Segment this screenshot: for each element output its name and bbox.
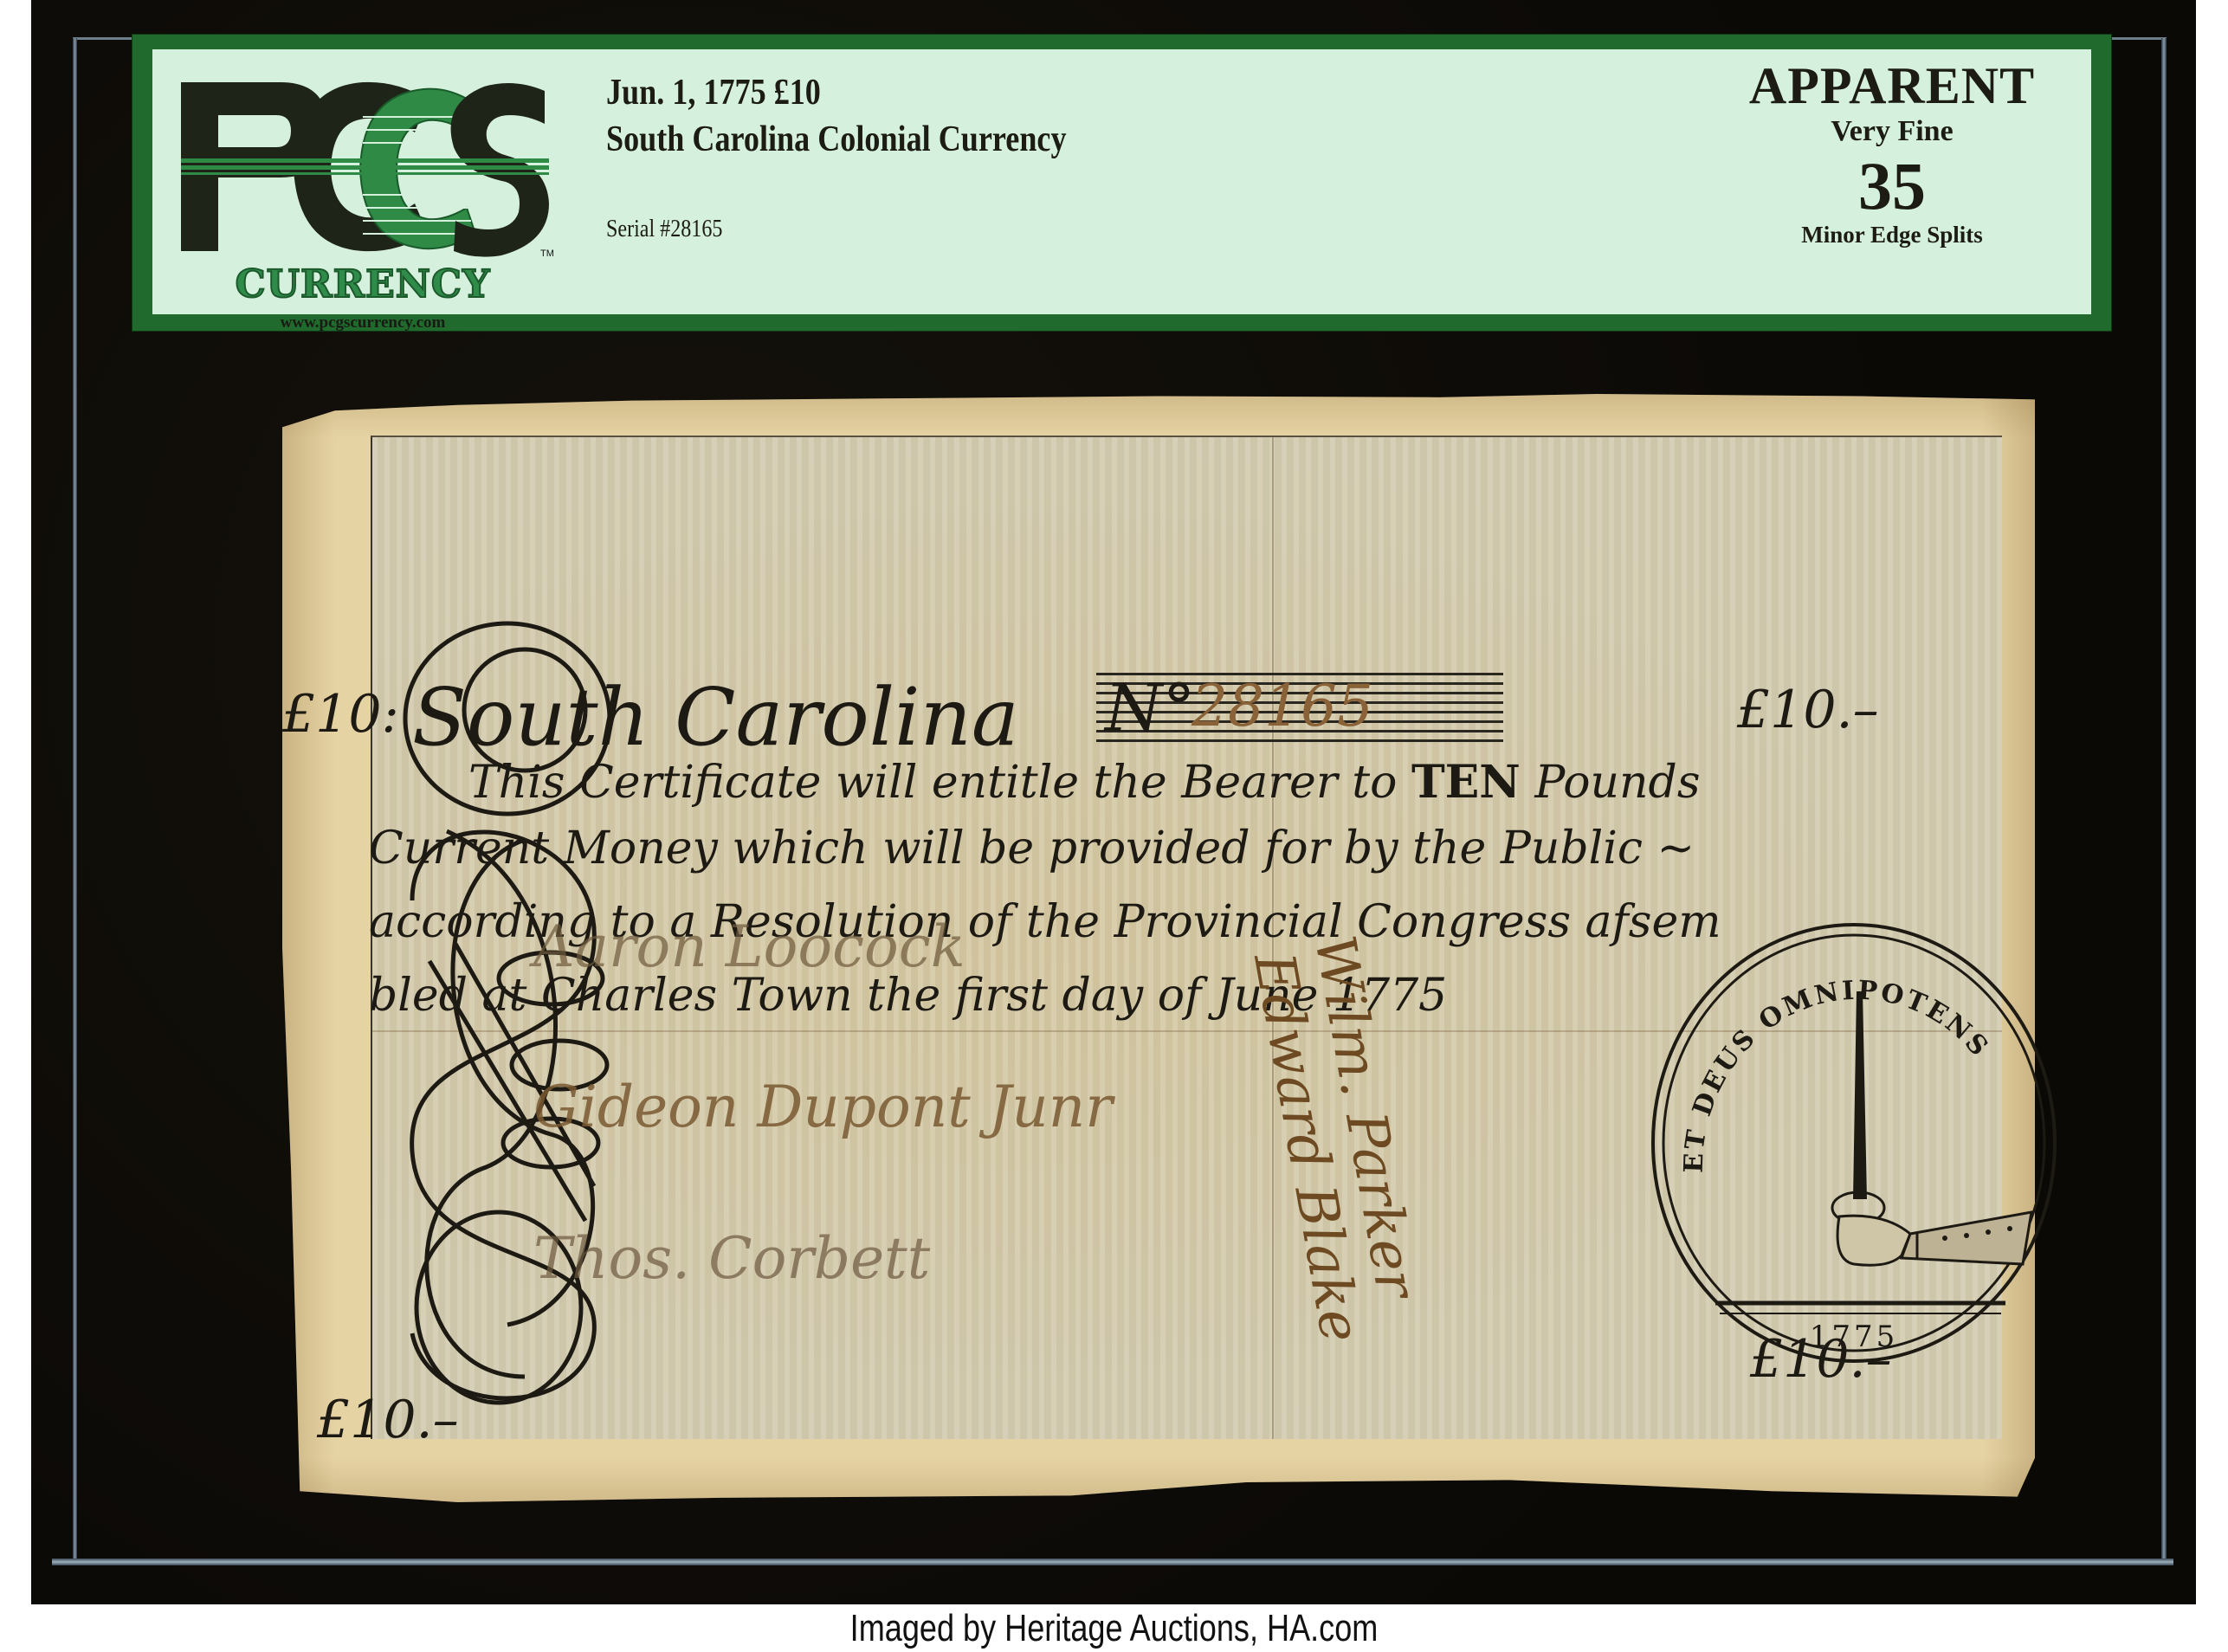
signature-3: Thos. Corbett [533, 1225, 930, 1292]
website-link[interactable]: www.pcgscurrency.com [177, 313, 549, 332]
line1-amount: TEN [1411, 756, 1521, 809]
grade-block: APPARENT Very Fine 35 Minor Edge Splits [1710, 49, 2074, 248]
note-type: South Carolina Colonial Currency [606, 119, 1067, 160]
grade-note: Minor Edge Splits [1710, 221, 2074, 248]
seal-arm-sword-icon: ET DEUS OMNIPOTENS 1775 [1642, 913, 2066, 1372]
image-credit-caption: Imaged by Heritage Auctions, HA.com [201, 1607, 2028, 1650]
denomination-top-left: £10: [282, 684, 399, 745]
grade-qualifier: APPARENT [1710, 60, 2074, 112]
signature-2: Gideon Dupont Junr [533, 1074, 1113, 1140]
seal-motto: ET DEUS OMNIPOTENS [1679, 975, 1996, 1173]
line1-text: This Certificate will entitle the Bearer… [468, 757, 1411, 809]
banknote: £10: South Carolina N° 28165 £10.– This … [282, 394, 2035, 1502]
note-date-denomination: Jun. 1, 1775 £10 [606, 72, 821, 113]
grade-number: 35 [1710, 155, 2074, 217]
pcgs-logo: TM CURRENCY www.pcgscurrency.com [177, 65, 558, 325]
svg-text:ET DEUS OMNIPOTENS: ET DEUS OMNIPOTENS [1679, 975, 1996, 1173]
label-serial: Serial #28165 [606, 216, 722, 243]
holder-bottom-edge [52, 1558, 2173, 1565]
signature-1: Aaron Loocock [533, 913, 965, 980]
note-text-line-1: This Certificate will entitle the Bearer… [468, 756, 1701, 809]
note-text-line-2: Current Money which will be provided for… [369, 823, 1695, 874]
trademark: TM [540, 248, 554, 259]
denomination-top-right: £10.– [1737, 680, 1879, 740]
pcgs-logo-icon [177, 65, 558, 264]
line1-text-end: Pounds [1521, 757, 1701, 809]
logo-currency-text: CURRENCY [185, 262, 540, 307]
serial-prefix: N° [1105, 669, 1196, 746]
denomination-bottom-right: £10.– [1750, 1329, 1892, 1390]
denomination-bottom-left: £10.– [317, 1390, 459, 1450]
serial-number: 28165 [1191, 673, 1373, 739]
grade-description: Very Fine [1710, 115, 2074, 148]
holder-left-edge [73, 38, 77, 1562]
holder-right-edge [2161, 38, 2167, 1562]
label-panel: TM CURRENCY www.pcgscurrency.com Jun. 1,… [152, 49, 2091, 314]
note-header: South Carolina [412, 671, 1019, 764]
grading-label: TM CURRENCY www.pcgscurrency.com Jun. 1,… [132, 35, 2111, 331]
